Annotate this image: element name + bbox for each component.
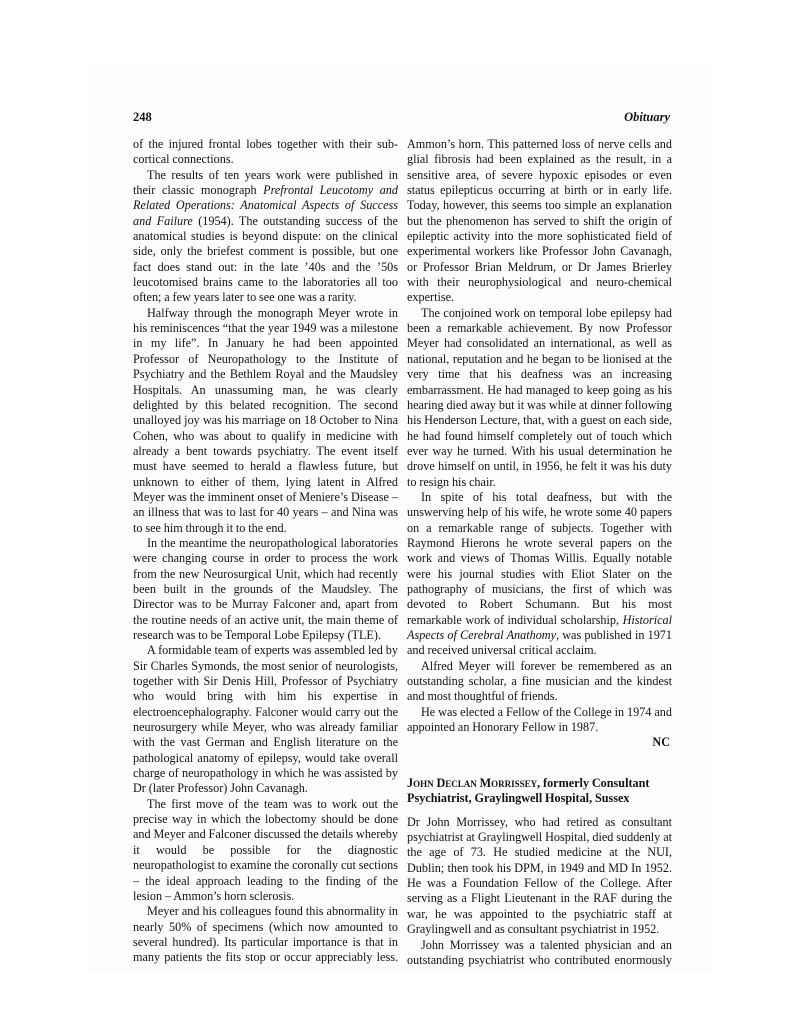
- right-column: Ammon’s horn. This patterned loss of ner…: [407, 137, 672, 967]
- text-run: John Morrissey was a talented physician …: [407, 938, 672, 968]
- paragraph: John Morrissey was a talented physician …: [407, 938, 672, 968]
- page-number: 248: [133, 110, 152, 124]
- paragraph: In spite of his total deafness, but with…: [407, 490, 672, 659]
- paragraph: of the injured frontal lobes together wi…: [133, 137, 398, 168]
- paragraph: The results of ten years work were publi…: [133, 168, 398, 306]
- text-run: Dr John Morrissey, who had retired as co…: [407, 815, 672, 936]
- paragraph: A formidable team of experts was assembl…: [133, 643, 398, 796]
- paragraph: Meyer and his colleagues found this abno…: [133, 904, 398, 967]
- obituary-section-heading: John Declan Morrissey, formerly Consulta…: [407, 776, 672, 806]
- left-column: of the injured frontal lobes together wi…: [133, 137, 398, 967]
- author-initials: NC: [407, 735, 672, 750]
- paragraph: Ammon’s horn. This patterned loss of ner…: [407, 137, 672, 306]
- text-run: John Declan Morrissey: [407, 776, 537, 790]
- paragraph: Alfred Meyer will forever be remembered …: [407, 659, 672, 705]
- running-head: Obituary: [624, 110, 670, 124]
- page-header: 248 Obituary: [133, 110, 670, 124]
- two-column-body: of the injured frontal lobes together wi…: [133, 137, 670, 967]
- text-run: In spite of his total deafness, but with…: [407, 490, 672, 627]
- paragraph: The first move of the team was to work o…: [133, 797, 398, 904]
- text-run: He was elected a Fellow of the College i…: [407, 705, 672, 734]
- text-run: In the meantime the neuropathological la…: [133, 536, 398, 642]
- text-run: Halfway through the monograph Meyer wrot…: [133, 306, 398, 535]
- paragraph: He was elected a Fellow of the College i…: [407, 705, 672, 736]
- text-run: The conjoined work on temporal lobe epil…: [407, 306, 672, 489]
- paragraph: The conjoined work on temporal lobe epil…: [407, 306, 672, 490]
- scanned-journal-page: 248 Obituary of the injured frontal lobe…: [90, 65, 711, 967]
- text-run: NC: [652, 735, 670, 749]
- text-run: of the injured frontal lobes together wi…: [133, 137, 398, 166]
- paragraph: Dr John Morrissey, who had retired as co…: [407, 815, 672, 938]
- text-run: Meyer and his colleagues found this abno…: [133, 904, 398, 967]
- text-run: The first move of the team was to work o…: [133, 797, 398, 903]
- text-run: A formidable team of experts was assembl…: [133, 643, 398, 795]
- text-run: Ammon’s horn. This patterned loss of ner…: [407, 137, 672, 304]
- text-run: Alfred Meyer will forever be remembered …: [407, 659, 672, 704]
- paragraph: In the meantime the neuropathological la…: [133, 536, 398, 643]
- paragraph: Halfway through the monograph Meyer wrot…: [133, 306, 398, 536]
